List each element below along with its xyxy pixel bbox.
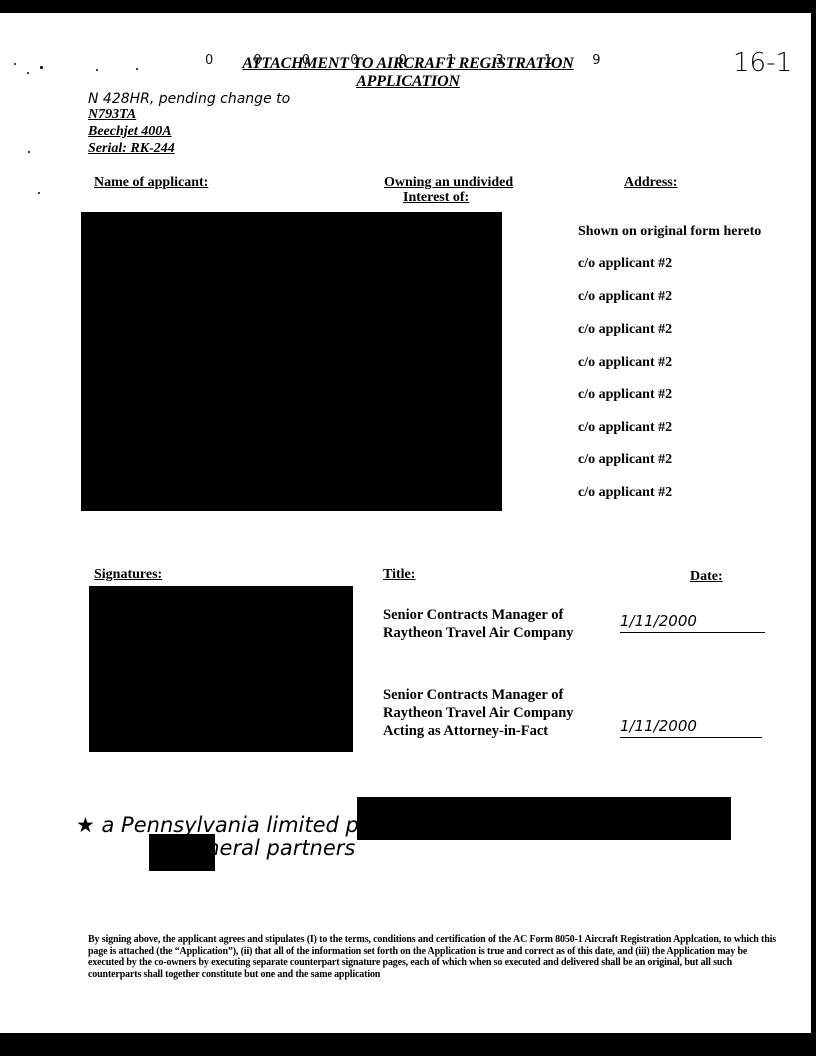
scan-speck <box>28 151 30 153</box>
address-item: Shown on original form hereto <box>578 224 761 240</box>
title-line: Raytheon Travel Air Company <box>383 624 574 642</box>
interest-header: Owning an undivided <box>384 175 513 191</box>
scan-border-right <box>811 13 816 1033</box>
address-item: c/o applicant #2 <box>578 387 672 403</box>
date-value: 1/11/2000 <box>620 612 697 630</box>
title-line: Raytheon Travel Air Company <box>383 704 574 722</box>
scan-border-top <box>0 0 816 13</box>
address-item: c/o applicant #2 <box>578 289 672 305</box>
interest-header-line2: Interest of: <box>403 190 469 206</box>
address-item: c/o applicant #2 <box>578 322 672 338</box>
address-item: c/o applicant #2 <box>578 452 672 468</box>
aircraft-serial: Serial: RK-244 <box>88 141 175 157</box>
signature-date-1: 1/11/2000 <box>620 612 765 633</box>
date-header: Date: <box>690 569 723 585</box>
signer-title-2: Senior Contracts Manager of Raytheon Tra… <box>383 686 574 740</box>
redacted-signatures <box>89 586 353 752</box>
redacted-partner-name-2 <box>149 834 215 871</box>
redacted-applicant-names <box>81 212 502 511</box>
date-value: 1/11/2000 <box>620 717 697 735</box>
signature-date-2: 1/11/2000 <box>620 717 762 738</box>
address-header: Address: <box>624 175 677 191</box>
title-line: Acting as Attorney-in-Fact <box>383 722 574 740</box>
name-of-applicant-header: Name of applicant: <box>94 175 208 191</box>
address-item: c/o applicant #2 <box>578 485 672 501</box>
legal-stipulation-text: By signing above, the applicant agrees a… <box>88 934 778 980</box>
aircraft-registration: N793TA <box>88 107 136 123</box>
signer-title-1: Senior Contracts Manager of Raytheon Tra… <box>383 606 574 642</box>
redacted-partner-name <box>357 797 731 840</box>
signatures-header: Signatures: <box>94 567 162 583</box>
document-title: ATTACHMENT TO AIRCRAFT REGISTRATION <box>0 55 816 73</box>
aircraft-model: Beechjet 400A <box>88 124 172 140</box>
scan-speck <box>38 192 40 194</box>
document-title-line2: APPLICATION <box>0 73 816 91</box>
title-header: Title: <box>383 567 415 583</box>
title-line: Senior Contracts Manager of <box>383 606 574 624</box>
scan-border-bottom <box>0 1033 816 1056</box>
address-item: c/o applicant #2 <box>578 355 672 371</box>
handwritten-registration-note: N 428HR, pending change to <box>88 91 290 107</box>
address-item: c/o applicant #2 <box>578 420 672 436</box>
title-line: Senior Contracts Manager of <box>383 686 574 704</box>
address-item: c/o applicant #2 <box>578 256 672 272</box>
